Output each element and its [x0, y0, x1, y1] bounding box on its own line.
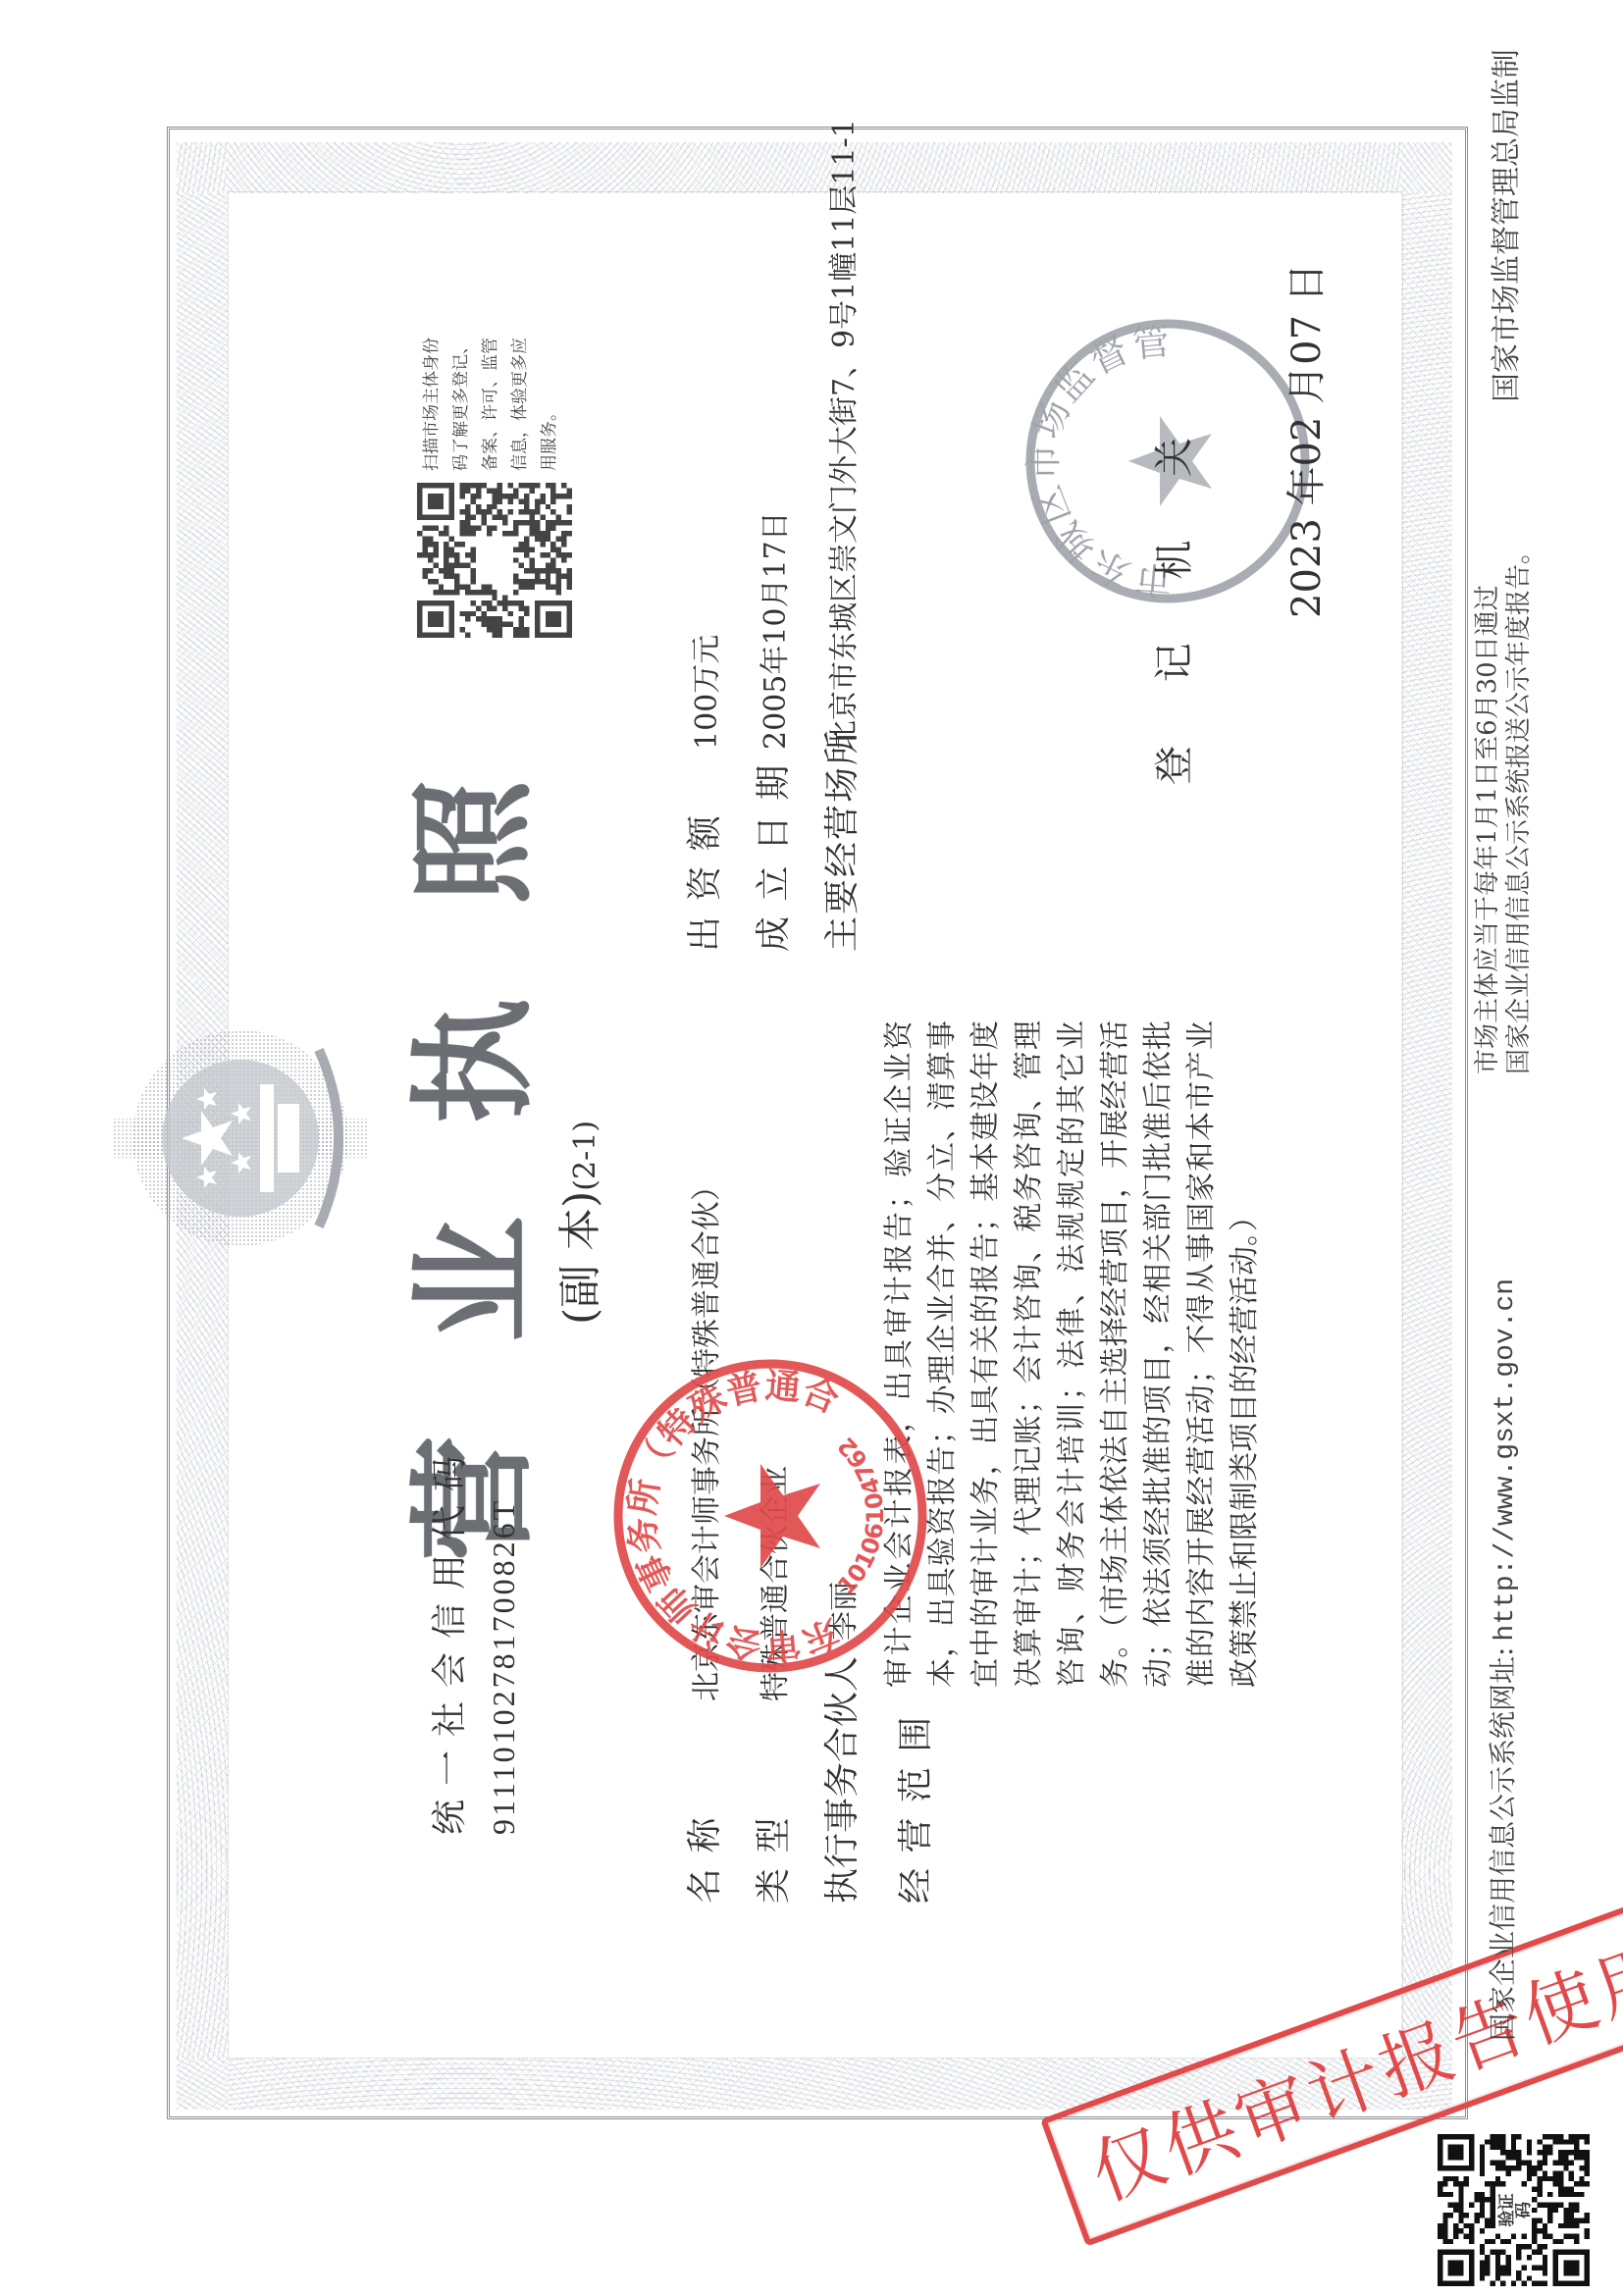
field-partner-label: 执行事务合伙人: [814, 1656, 864, 1904]
credit-code-label: 统一社会信用代码: [422, 1442, 472, 1835]
reg-day-unit: 日: [1284, 263, 1330, 302]
national-emblem-icon: [113, 991, 368, 1285]
field-type-label: 类 型: [746, 1717, 796, 1904]
footer-website: 国家企业信用信息公示系统网址:http://www.gsxt.gov.cn: [1482, 1278, 1521, 2041]
field-capital-label: 出 资 额: [677, 765, 727, 952]
company-seal-text: 北京东审会计师事务所（特殊普通合伙）: [608, 1366, 844, 1678]
reg-month: 02: [1284, 417, 1330, 467]
verification-qr-code[interactable]: 验证 码: [1438, 2134, 1590, 2286]
reg-day: 07: [1284, 315, 1330, 365]
field-scope: 经 营 范 围: [888, 1717, 938, 1904]
reg-year-unit: 年: [1284, 466, 1330, 505]
field-address-label: 主要经营场所: [814, 765, 864, 952]
field-capital-value: 100万元: [690, 635, 724, 750]
field-scope-label: 经 营 范 围: [888, 1717, 938, 1904]
company-seal: 北京东审会计师事务所（特殊普通合伙） 1101061047620: [608, 1354, 932, 1678]
footer-notice-line-1: 市场主体应当于每年1月1日至6月30日通过: [1472, 539, 1503, 1074]
field-established-label: 成 立 日 期: [746, 765, 796, 952]
copy-subtitle: (副 本)(2-1): [545, 1121, 607, 1325]
identity-qr-code[interactable]: [417, 483, 572, 638]
field-name-label: 名 称: [677, 1717, 727, 1904]
page-title: 营业执照: [373, 682, 553, 1565]
field-address-value: 北京市东城区崇文门外大街7、9号1幢11层11-1: [827, 119, 862, 750]
field-scope-value: 审计企业会计报表，出具审计报告；验证企业资本，出具验资报告；办理企业合并、分立、…: [878, 1020, 1267, 1688]
footer-site-label: 国家企业信用信息公示系统网址:: [1487, 1647, 1519, 2041]
registration-authority-label: 登 记 机 关: [1143, 412, 1199, 785]
field-established: 成 立 日 期2005年10月17日: [746, 511, 796, 952]
field-capital: 出 资 额100万元: [677, 635, 727, 952]
qr-caption: 扫描市场主体身份码了解更多登记、备案、许可、监管信息，体验更多应用服务。: [417, 324, 564, 471]
footer-annual-report-notice: 市场主体应当于每年1月1日至6月30日通过 国家企业信用信息公示系统报送公示年度…: [1472, 539, 1535, 1074]
reg-month-unit: 月: [1284, 365, 1330, 404]
business-license-document: 营业执照 (副 本)(2-1) 统一社会信用代码 911101027817008…: [0, 0, 1623, 2296]
copy-page-tag: (2-1): [568, 1121, 602, 1191]
footer-site-url[interactable]: http://www.gsxt.gov.cn: [1491, 1278, 1521, 1642]
copy-label: (副 本): [555, 1191, 605, 1325]
registration-date: 2023 年02 月07 日: [1276, 263, 1332, 618]
footer-issuer: 国家市场监督管理总局监制: [1482, 49, 1525, 402]
footer-notice-line-2: 国家企业信用信息公示系统报送公示年度报告。: [1503, 539, 1535, 1074]
reg-year: 2023: [1284, 518, 1330, 618]
verify-qr-label-bottom: 码: [1514, 2201, 1534, 2218]
field-address: 主要经营场所北京市东城区崇文门外大街7、9号1幢11层11-1: [814, 119, 864, 952]
svg-text:北京东审会计师事务所（特殊普通合伙）: 北京东审会计师事务所（特殊普通合伙）: [608, 1366, 844, 1678]
field-established-value: 2005年10月17日: [759, 511, 793, 750]
credit-code-value: 91110102781700826T: [486, 1498, 522, 1835]
